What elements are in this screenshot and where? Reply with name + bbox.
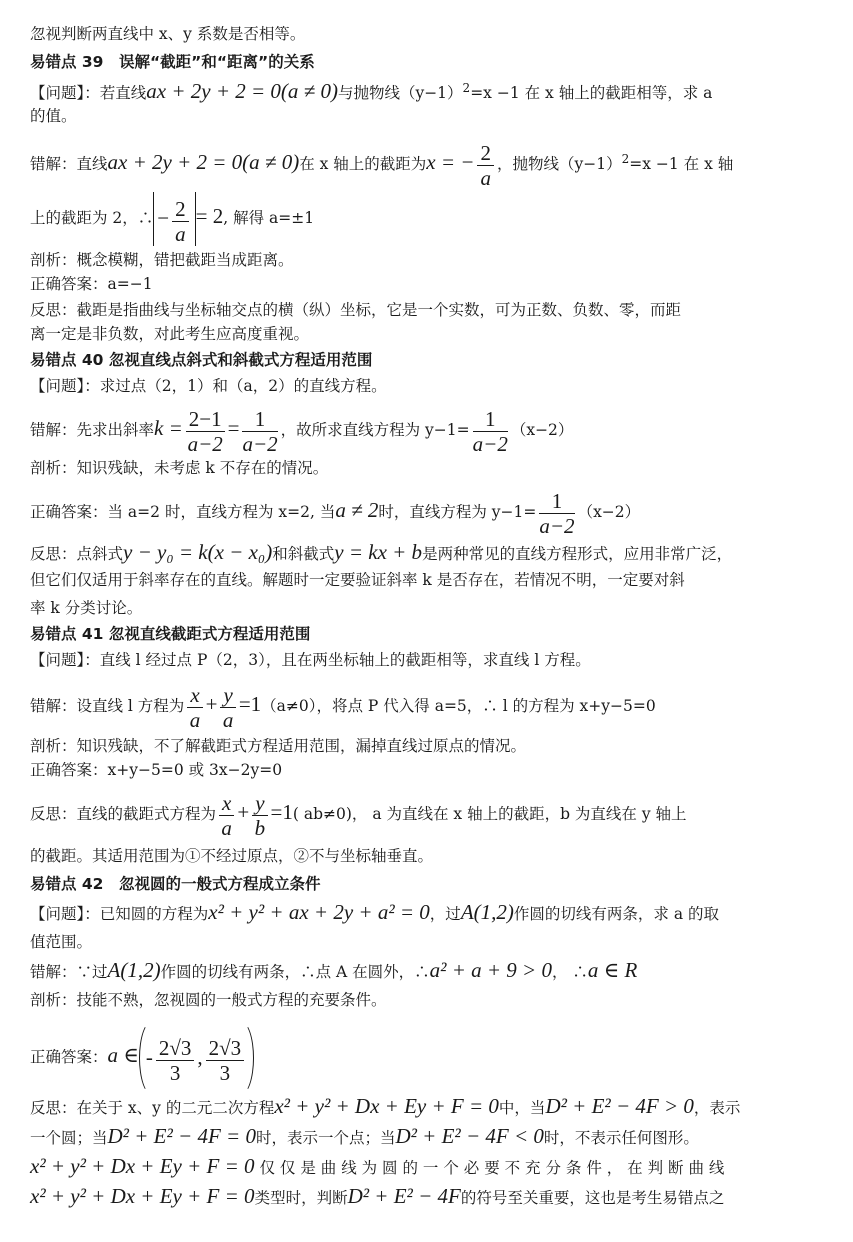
denominator: 3	[156, 1061, 195, 1085]
text: 错解：直线	[30, 155, 108, 173]
text: 正确答案：当 a=2 时，直线方程为 x=2, 当	[30, 503, 335, 521]
problem-39-line-2: 的值。	[30, 106, 823, 126]
absolute-value: −2a	[153, 192, 195, 246]
equals: =	[228, 416, 240, 440]
text: 时，表示一个点；当	[256, 1129, 396, 1147]
numerator: 2−1	[186, 407, 225, 432]
reflection-42-line-2: 一个圆；当D² + E² − 4F = 0时，表示一个点；当D² + E² − …	[30, 1126, 823, 1148]
equals-one: =1	[239, 692, 261, 716]
text: 类型时，判断	[255, 1189, 348, 1207]
denominator: a−2	[539, 514, 574, 538]
wrong-solution-39-line-2: 上的截距为 2，∴−2a= 2, 解得 a=±1	[30, 190, 823, 242]
minus-sign: -	[146, 1045, 153, 1069]
heading-error-point-40: 易错点 40 忽视直线点斜式和斜截式方程适用范围	[30, 350, 823, 370]
denominator: a	[187, 708, 202, 732]
numerator: 2√3	[156, 1036, 195, 1061]
numerator: y	[252, 791, 267, 816]
math-a-in: a ∈	[108, 1043, 139, 1067]
math-discriminant-zero: D² + E² − 4F = 0	[108, 1124, 256, 1148]
math-slope-intercept: y = kx + b	[334, 540, 422, 564]
math-general-equation: x² + y² + Dx + Ey + F = 0	[30, 1184, 255, 1208]
denominator: a	[172, 222, 189, 246]
text: 反思：在关于 x、y 的二元二次方程	[30, 1099, 274, 1117]
numerator: y	[220, 683, 235, 708]
fraction: 2a	[477, 141, 494, 190]
numerator: 1	[539, 489, 574, 514]
text: 仅 仅 是 曲 线 为 圆 的 一 个 必 要 不 充 分 条 件 ， 在 判 …	[260, 1159, 725, 1177]
math-point-slope: y − y₀ = k(x − x₀)	[123, 540, 272, 564]
problem-42-line-1: 【问题】：已知圆的方程为x² + y² + ax + 2y + a² = 0，过…	[30, 902, 823, 924]
wrong-solution-41: 错解：设直线 l 方程为xa+ya=1（a≠0），将点 P 代入得 a=5，∴ …	[30, 678, 823, 730]
equals-one: =1	[271, 800, 293, 824]
reflection-40-line-1: 反思：点斜式y − y₀ = k(x − x₀)和斜截式y = kx + b是两…	[30, 542, 823, 564]
plus: +	[237, 800, 249, 824]
math-discriminant-negative: D² + E² − 4F < 0	[395, 1124, 543, 1148]
plus: +	[206, 692, 218, 716]
text: 反思：直线的截距式方程为	[30, 805, 216, 823]
numerator: x	[187, 683, 202, 708]
correct-answer-42: 正确答案：a ∈-2√33,2√33	[30, 1020, 823, 1090]
fraction: 2√33	[156, 1036, 195, 1085]
denominator: a	[477, 166, 494, 190]
math-equals-2: = 2	[196, 204, 224, 228]
open-interval: -2√33,2√33	[139, 1021, 254, 1095]
reflection-41-line-1: 反思：直线的截距式方程为xa+yb=1( ab≠0)， a 为直线在 x 轴上的…	[30, 786, 823, 838]
text: 错解：先求出斜率	[30, 421, 154, 439]
fraction: 2√33	[206, 1036, 245, 1085]
text: （x−2）	[578, 503, 641, 521]
reflection-39-line-2: 离一定是非负数，对此考生应高度重视。	[30, 324, 823, 344]
fraction: 2a	[172, 197, 189, 246]
denominator: a−2	[242, 432, 277, 456]
wrong-solution-39-line-1: 错解：直线ax + 2y + 2 = 0(a ≠ 0)在 x 轴上的截距为x =…	[30, 134, 823, 184]
correct-answer-39: 正确答案：a=−1	[30, 274, 823, 294]
paragraph-intro: 忽视判断两直线中 x、y 系数是否相等。	[30, 24, 823, 44]
text: 时，直线方程为 y−1=	[378, 503, 536, 521]
denominator: a−2	[473, 432, 508, 456]
analysis-39: 剖析：概念模糊，错把截距当成距离。	[30, 250, 823, 270]
text: （x−2）	[511, 421, 574, 439]
math-line-equation: ax + 2y + 2 = 0(a ≠ 0)	[108, 150, 300, 174]
denominator: a−2	[186, 432, 225, 456]
correct-answer-40: 正确答案：当 a=2 时，直线方程为 x=2, 当a ≠ 2时，直线方程为 y−…	[30, 484, 823, 536]
correct-answer-41: 正确答案：x+y−5=0 或 3x−2y=0	[30, 760, 823, 780]
reflection-42-line-3: x² + y² + Dx + Ey + F = 0 仅 仅 是 曲 线 为 圆 …	[30, 1156, 823, 1178]
denominator: b	[252, 816, 267, 840]
math-general-equation: x² + y² + Dx + Ey + F = 0	[274, 1094, 499, 1118]
math-a-in-r: a ∈ R	[588, 958, 637, 982]
text: 在 x 轴上的截距为	[299, 155, 426, 173]
heading-error-point-41: 易错点 41 忽视直线截距式方程适用范围	[30, 624, 823, 644]
heading-error-point-42: 易错点 42 忽视圆的一般式方程成立条件	[30, 874, 823, 894]
wrong-solution-40: 错解：先求出斜率k =2−1a−2=1a−2，故所求直线方程为 y−1=1a−2…	[30, 402, 823, 454]
numerator: x	[219, 791, 234, 816]
math-point-a: A(1,2)	[108, 958, 161, 982]
math-a-neq-2: a ≠ 2	[335, 498, 378, 522]
math-general-equation: x² + y² + Dx + Ey + F = 0	[30, 1154, 255, 1178]
text: 【问题】：已知圆的方程为	[30, 905, 208, 923]
text: , 解得 a=±1	[223, 209, 314, 227]
wrong-solution-42: 错解：∵过A(1,2)作圆的切线有两条，∴点 A 在圆外，∴a² + a + 9…	[30, 960, 823, 982]
text: 反思：点斜式	[30, 545, 123, 563]
fraction: xa	[187, 683, 202, 732]
text: 错解：∵过	[30, 963, 108, 981]
fraction: 1a−2	[473, 407, 508, 456]
text: 错解：设直线 l 方程为	[30, 697, 184, 715]
math-discriminant: D² + E² − 4F	[348, 1184, 461, 1208]
heading-error-point-39: 易错点 39 误解“截距”和“距离”的关系	[30, 52, 823, 72]
text: 上的截距为 2，∴	[30, 209, 153, 227]
text: 作圆的切线有两条，求 a 的取	[514, 905, 719, 923]
text: 的符号至关重要，这也是考生易错点之	[461, 1189, 725, 1207]
math-discriminant-positive: D² + E² − 4F > 0	[545, 1094, 693, 1118]
text: 一个圆；当	[30, 1129, 108, 1147]
reflection-41-line-2: 的截距。其适用范围为①不经过原点，②不与坐标轴垂直。	[30, 846, 823, 866]
text: ( ab≠0)， a 为直线在 x 轴上的截距，b 为直线在 y 轴上	[293, 805, 687, 823]
reflection-40-line-3: 率 k 分类讨论。	[30, 598, 823, 618]
math-circle-equation: x² + y² + ax + 2y + a² = 0	[208, 900, 430, 924]
problem-40: 【问题】：求过点（2，1）和（a，2）的直线方程。	[30, 376, 823, 396]
analysis-42: 剖析：技能不熟，忽视圆的一般式方程的充要条件。	[30, 990, 823, 1010]
text: 与抛物线（y−1）	[338, 84, 463, 102]
math-inequality: a² + a + 9 > 0	[430, 958, 552, 982]
math-point-a: A(1,2)	[461, 900, 514, 924]
text: 【问题】：若直线	[30, 84, 146, 102]
numerator: 2	[172, 197, 189, 222]
fraction: ya	[220, 683, 235, 732]
numerator: 2√3	[206, 1036, 245, 1061]
numerator: 1	[242, 407, 277, 432]
fraction: 1a−2	[539, 489, 574, 538]
problem-42-line-2: 值范围。	[30, 932, 823, 952]
numerator: 1	[473, 407, 508, 432]
analysis-40: 剖析：知识残缺，未考虑 k 不存在的情况。	[30, 458, 823, 478]
denominator: a	[220, 708, 235, 732]
text: 是两种常见的直线方程形式，应用非常广泛，	[422, 545, 732, 563]
text: ， ∴	[552, 963, 588, 981]
text: （a≠0），将点 P 代入得 a=5，∴ l 的方程为 x+y−5=0	[261, 697, 656, 715]
fraction: 1a−2	[242, 407, 277, 456]
denominator: a	[219, 816, 234, 840]
text: 正确答案：	[30, 1048, 108, 1066]
text: 时，不表示任何图形。	[544, 1129, 699, 1147]
fraction: yb	[252, 791, 267, 840]
text: ，表示	[694, 1099, 741, 1117]
comma: ,	[197, 1045, 202, 1069]
text: 和斜截式	[272, 545, 334, 563]
numerator: 2	[477, 141, 494, 166]
minus-sign: −	[157, 206, 169, 230]
math-x-equals: x = −	[426, 150, 474, 174]
text: ，过	[430, 905, 461, 923]
text: ，故所求直线方程为 y−1=	[281, 421, 470, 439]
text: =x −1 在 x 轴	[629, 155, 733, 173]
analysis-41: 剖析：知识残缺，不了解截距式方程适用范围，漏掉直线过原点的情况。	[30, 736, 823, 756]
reflection-40-line-2: 但它们仅适用于斜率存在的直线。解题时一定要验证斜率 k 是否存在，若情况不明，一…	[30, 570, 823, 590]
math-k-equals: k =	[154, 416, 183, 440]
problem-41: 【问题】：直线 l 经过点 P（2，3），且在两坐标轴上的截距相等，求直线 l …	[30, 650, 823, 670]
document-page: 忽视判断两直线中 x、y 系数是否相等。 易错点 39 误解“截距”和“距离”的…	[0, 0, 853, 1242]
fraction: xa	[219, 791, 234, 840]
reflection-39-line-1: 反思：截距是指曲线与坐标轴交点的横（纵）坐标，它是一个实数，可为正数、负数、零，…	[30, 300, 823, 320]
fraction: 2−1a−2	[186, 407, 225, 456]
text: 中，当	[499, 1099, 546, 1117]
denominator: 3	[206, 1061, 245, 1085]
math-line-equation: ax + 2y + 2 = 0(a ≠ 0)	[146, 79, 338, 103]
reflection-42-line-4: x² + y² + Dx + Ey + F = 0类型时，判断D² + E² −…	[30, 1186, 823, 1208]
reflection-42-line-1: 反思：在关于 x、y 的二元二次方程x² + y² + Dx + Ey + F …	[30, 1096, 823, 1118]
text: =x −1 在 x 轴上的截距相等，求 a	[470, 84, 712, 102]
problem-39-line-1: 【问题】：若直线ax + 2y + 2 = 0(a ≠ 0)与抛物线（y−1）2…	[30, 78, 823, 103]
text: 作圆的切线有两条，∴点 A 在圆外，∴	[161, 963, 430, 981]
text: ，抛物线（y−1）	[497, 155, 622, 173]
